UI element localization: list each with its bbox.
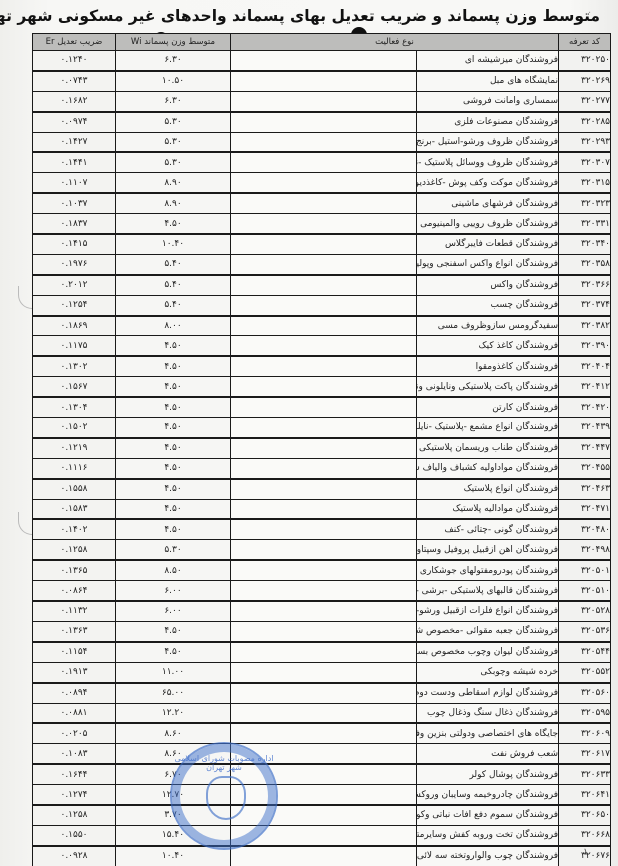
table-row: ۳۲۰۵۹۵فروشندگان ذغال سنگ وذغال چوب۱۲.۲۰۰… <box>33 703 611 723</box>
cell-activity: فروشندگان مواداولیه کشباف والیاف شیمیائی <box>417 458 559 478</box>
cell-er: ۰.۰۸۶۴ <box>33 581 116 601</box>
cell-er: ۰.۱۵۰۲ <box>33 418 116 438</box>
cell-er: ۰.۰۷۴۳ <box>33 71 116 91</box>
cell-er: ۰.۲۰۱۲ <box>33 275 116 295</box>
table-row: ۳۲۰۴۵۵فروشندگان مواداولیه کشباف والیاف ش… <box>33 458 611 478</box>
cell-activity: فروشندگان قالبهای پلاستیکی -برشی -کششی -… <box>417 581 559 601</box>
cell-er: ۰.۱۲۴۰ <box>33 51 116 71</box>
cell-code: ۳۲۰۲۹۳ <box>559 132 611 152</box>
cell-er: ۰.۱۴۱۵ <box>33 234 116 254</box>
table-row: ۳۲۰۳۲۳فروشندگان فرشهای ماشینی۸.۹۰۰.۱۰۳۷ <box>33 193 611 213</box>
cell-blank <box>231 173 417 193</box>
table-row: ۳۲۰۳۰۷فروشندگان ظروف ووسائل پلاستیک -نای… <box>33 152 611 172</box>
table-row: ۳۲۰۵۶۰فروشندگان لوازم اسقاطی ودست دوم سا… <box>33 683 611 703</box>
table-row: ۳۲۰۵۵۲خرده شیشه وچوبکی۱۱.۰۰۰.۱۹۱۳ <box>33 662 611 682</box>
cell-er: ۰.۱۰۳۷ <box>33 193 116 213</box>
cell-code: ۳۲۰۲۸۵ <box>559 112 611 132</box>
cell-blank <box>231 499 417 519</box>
cell-er: ۰.۱۴۰۲ <box>33 519 116 539</box>
table-row: ۳۲۰۴۰۴فروشندگان کاغذومقوا۴.۵۰۰.۱۳۰۲ <box>33 356 611 376</box>
cell-blank <box>231 581 417 601</box>
cell-code: ۳۲۰۳۶۶ <box>559 275 611 295</box>
cell-er: ۰.۰۸۹۴ <box>33 683 116 703</box>
cell-wi: ۴.۵۰ <box>116 621 231 641</box>
cell-activity: فروشندگان پودرومفتولهای جوشکاری وکاربیت <box>417 560 559 580</box>
cell-wi: ۶۵.۰۰ <box>116 683 231 703</box>
cell-er: ۰.۰۲۰۵ <box>33 723 116 743</box>
cell-activity: فروشندگان انواع پلاستیک <box>417 479 559 499</box>
cell-er: ۰.۱۹۱۳ <box>33 662 116 682</box>
cell-wi: ۴.۵۰ <box>116 214 231 234</box>
cell-er: ۰.۱۲۷۴ <box>33 785 116 805</box>
cell-code: ۳۲۰۴۳۹ <box>559 418 611 438</box>
cell-code: ۳۲۰۵۴۴ <box>559 642 611 662</box>
cell-code: ۳۲۰۵۲۸ <box>559 601 611 621</box>
cell-code: ۳۲۰۳۰۷ <box>559 152 611 172</box>
cell-activity: فروشندگان انواع فلزات ازقبیل ورشو-برنج -… <box>417 601 559 621</box>
cell-er: ۰.۱۱۱۶ <box>33 458 116 478</box>
cell-blank <box>231 152 417 172</box>
cell-er: ۰.۱۳۰۲ <box>33 356 116 376</box>
cell-activity: فروشندگان موادالیه پلاستیک <box>417 499 559 519</box>
cell-wi: ۵.۳۰ <box>116 112 231 132</box>
cell-blank <box>231 132 417 152</box>
cell-activity: جایگاه های اختصاصی ودولتی بنزین وفروش مو… <box>417 723 559 743</box>
cell-activity: فروشندگان سموم دفع افات نباتی وکودشیمیائ… <box>417 805 559 825</box>
cell-wi: ۴.۵۰ <box>116 458 231 478</box>
tariff-table: کد تعرفه نوع فعالیت متوسط وزن پسماند Wi … <box>32 33 611 866</box>
cell-wi: ۸.۹۰ <box>116 193 231 213</box>
cell-wi: ۵.۴۰ <box>116 295 231 315</box>
cell-er: ۰.۱۸۳۷ <box>33 214 116 234</box>
cell-blank <box>231 438 417 458</box>
cell-activity: فروشندگان لوازم اسقاطی ودست دوم ساختمان … <box>417 683 559 703</box>
cell-activity: فروشندگان انواع مشمع -پلاستیک -نایلون -ن… <box>417 418 559 438</box>
cell-blank <box>231 234 417 254</box>
cell-wi: ۴.۵۰ <box>116 642 231 662</box>
cell-code: ۳۲۰۳۳۱ <box>559 214 611 234</box>
cell-blank <box>231 458 417 478</box>
table-row: ۳۲۰۴۳۹فروشندگان انواع مشمع -پلاستیک -نای… <box>33 418 611 438</box>
cell-activity: فروشندگان ظروف ووسائل پلاستیک -نایلون -م… <box>417 152 559 172</box>
cell-wi: ۶.۳۰ <box>116 51 231 71</box>
cell-er: ۰.۱۳۶۳ <box>33 621 116 641</box>
stamp-text: اداره مصوبات شورای اسلامی شهر تهران <box>172 754 276 772</box>
table-row: ۳۲۰۶۰۹جایگاه های اختصاصی ودولتی بنزین وف… <box>33 723 611 743</box>
table-row: ۳۲۰۵۳۶فروشندگان جعبه مقوائی -مخصوص شیرین… <box>33 621 611 641</box>
table-row: ۳۲۰۵۴۴فروشندگان لیوان وچوب مخصوص بستنی و… <box>33 642 611 662</box>
cell-activity: فروشندگان چوب والواروتخته سه لائی وفیبرو… <box>417 846 559 866</box>
table-row: ۳۲۰۳۵۸فروشندگان انواع واکس اسفنجی وپولیش… <box>33 254 611 274</box>
cell-wi: ۶.۳۰ <box>116 91 231 111</box>
cell-blank <box>231 71 417 91</box>
table-row: ۳۲۰۳۶۶فروشندگان واکس۵.۴۰۰.۲۰۱۲ <box>33 275 611 295</box>
cell-activity: فروشندگان ظروف روییی والمینیومی <box>417 214 559 234</box>
cell-activity: شعب فروش نفت <box>417 744 559 764</box>
cell-blank <box>231 560 417 580</box>
cell-activity: فروشندگان واکس <box>417 275 559 295</box>
cell-activity: فروشندگان چادروخیمه وسایبان وروکش کولروغ… <box>417 785 559 805</box>
cell-wi: ۸.۹۰ <box>116 173 231 193</box>
cell-code: ۳۲۰۳۵۸ <box>559 254 611 274</box>
cell-wi: ۴.۵۰ <box>116 519 231 539</box>
cell-blank <box>231 214 417 234</box>
cell-activity: خرده شیشه وچوبکی <box>417 662 559 682</box>
cell-code: ۳۲۰۶۰۹ <box>559 723 611 743</box>
table-row: ۳۲۰۴۶۳فروشندگان انواع پلاستیک۴.۵۰۰.۱۵۵۸ <box>33 479 611 499</box>
cell-er: ۰.۱۱۵۴ <box>33 642 116 662</box>
header-code: کد تعرفه <box>559 34 611 51</box>
cell-blank <box>231 703 417 723</box>
cell-wi: ۱۲.۲۰ <box>116 703 231 723</box>
cell-er: ۰.۰۸۸۱ <box>33 703 116 723</box>
cell-wi: ۵.۴۰ <box>116 275 231 295</box>
cell-code: ۳۲۰۳۸۲ <box>559 316 611 336</box>
cell-activity: فروشندگان پوشال کولر <box>417 764 559 784</box>
cell-wi: ۴.۵۰ <box>116 479 231 499</box>
cell-code: ۳۲۰۶۶۸ <box>559 825 611 845</box>
cell-blank <box>231 601 417 621</box>
cell-code: ۳۲۰۲۵۰ <box>559 51 611 71</box>
cell-er: ۰.۱۱۷۵ <box>33 336 116 356</box>
cell-blank <box>231 112 417 132</box>
cell-blank <box>231 295 417 315</box>
cell-wi: ۶.۰۰ <box>116 601 231 621</box>
cell-activity: فروشندگان لیوان وچوب مخصوص بستنی والاسکا… <box>417 642 559 662</box>
cell-er: ۰.۱۲۵۸ <box>33 540 116 560</box>
cell-er: ۰.۱۴۴۱ <box>33 152 116 172</box>
cell-blank <box>231 519 417 539</box>
cell-code: ۳۲۰۴۸۰ <box>559 519 611 539</box>
cell-er: ۰.۱۴۲۷ <box>33 132 116 152</box>
table-header-row: کد تعرفه نوع فعالیت متوسط وزن پسماند Wi … <box>33 34 611 51</box>
cell-wi: ۴.۵۰ <box>116 438 231 458</box>
cell-code: ۳۲۰۴۲۰ <box>559 397 611 417</box>
table-row: ۳۲۰۴۹۸فروشندگان اهن ازقبیل پروفیل وسپتاو… <box>33 540 611 560</box>
table-row: ۳۲۰۲۵۰فروشندگان میزشیشه ای۶.۳۰۰.۱۲۴۰ <box>33 51 611 71</box>
cell-code: ۳۲۰۳۲۳ <box>559 193 611 213</box>
cell-er: ۰.۱۵۵۸ <box>33 479 116 499</box>
cell-er: ۰.۰۹۷۴ <box>33 112 116 132</box>
cell-wi: ۴.۵۰ <box>116 397 231 417</box>
table-row: ۳۲۰۲۹۳فروشندگان ظروف ورشو-استیل -برنج۵.۳… <box>33 132 611 152</box>
table-row: ۳۲۰۳۷۴فروشندگان چسب۵.۴۰۰.۱۲۵۴ <box>33 295 611 315</box>
cell-blank <box>231 91 417 111</box>
cell-wi: ۵.۴۰ <box>116 254 231 274</box>
cell-wi: ۴.۵۰ <box>116 418 231 438</box>
table-row: ۳۲۰۵۲۸فروشندگان انواع فلزات ازقبیل ورشو-… <box>33 601 611 621</box>
cell-blank <box>231 662 417 682</box>
cell-blank <box>231 51 417 71</box>
cell-wi: ۴.۵۰ <box>116 336 231 356</box>
cell-activity: فروشندگان تخت وروبه کفش وسایرمتعلقات <box>417 825 559 845</box>
cell-code: ۳۲۰۵۹۵ <box>559 703 611 723</box>
cell-blank <box>231 418 417 438</box>
cell-wi: ۶.۰۰ <box>116 581 231 601</box>
table-row: ۳۲۰۲۷۷سمساری وامانت فروشی۶.۳۰۰.۱۶۸۲ <box>33 91 611 111</box>
cell-code: ۳۲۰۶۱۷ <box>559 744 611 764</box>
cell-er: ۰.۱۳۰۴ <box>33 397 116 417</box>
scanned-page: · متوسط وزن پسماند و ضریب تعدیل بهای پسم… <box>0 0 618 866</box>
document-title: متوسط وزن پسماند و ضریب تعدیل بهای پسمان… <box>60 4 600 28</box>
table-row: ۳۲۰۵۱۰فروشندگان قالبهای پلاستیکی -برشی -… <box>33 581 611 601</box>
cell-code: ۳۲۰۵۵۲ <box>559 662 611 682</box>
cell-code: ۳۲۰۲۷۷ <box>559 91 611 111</box>
table-row: ۳۲۰۴۱۲فروشندگان پاکت پلاستیکی ونایلونی و… <box>33 377 611 397</box>
cell-er: ۰.۱۵۶۷ <box>33 377 116 397</box>
cell-blank <box>231 846 417 866</box>
table-row: ۳۲۰۶۷۶فروشندگان چوب والواروتخته سه لائی … <box>33 846 611 866</box>
cell-activity: سفیدگرومس سازوظروف مسی <box>417 316 559 336</box>
table-row: ۳۲۰۳۳۱فروشندگان ظروف روییی والمینیومی۴.۵… <box>33 214 611 234</box>
cell-code: ۳۲۰۳۷۴ <box>559 295 611 315</box>
table-row: ۳۲۰۲۶۹نمایشگاه های مبل۱۰.۵۰۰.۰۷۴۳ <box>33 71 611 91</box>
cell-wi: ۱۰.۴۰ <box>116 234 231 254</box>
cell-wi: ۱۰.۵۰ <box>116 71 231 91</box>
cell-activity: فروشندگان جعبه مقوائی -مخصوص شیرینی وکفا… <box>417 621 559 641</box>
page-mark: ۱ <box>583 847 588 858</box>
table-row: ۳۲۰۳۸۲سفیدگرومس سازوظروف مسی۸.۰۰۰.۱۸۶۹ <box>33 316 611 336</box>
cell-blank <box>231 642 417 662</box>
binder-ring-mark <box>18 512 33 535</box>
cell-blank <box>231 621 417 641</box>
cell-er: ۰.۱۶۸۲ <box>33 91 116 111</box>
cell-activity: فروشندگان پاکت پلاستیکی ونایلونی ونایلکس… <box>417 377 559 397</box>
table-row: ۳۲۰۶۱۷شعب فروش نفت۸.۶۰۰.۱۰۸۳ <box>33 744 611 764</box>
cell-blank <box>231 377 417 397</box>
cell-code: ۳۲۰۳۱۵ <box>559 173 611 193</box>
cell-code: ۳۲۰۴۶۳ <box>559 479 611 499</box>
cell-wi: ۴.۵۰ <box>116 499 231 519</box>
cell-er: ۰.۱۲۵۸ <box>33 805 116 825</box>
cell-er: ۰.۱۵۸۳ <box>33 499 116 519</box>
cell-er: ۰.۱۱۳۲ <box>33 601 116 621</box>
cell-er: ۰.۱۵۵۰ <box>33 825 116 845</box>
header-activity: نوع فعالیت <box>231 34 559 51</box>
binder-ring-mark <box>18 286 33 309</box>
cell-code: ۳۲۰۳۴۰ <box>559 234 611 254</box>
cell-code: ۳۲۰۲۶۹ <box>559 71 611 91</box>
cell-activity: فروشندگان ذغال سنگ وذغال چوب <box>417 703 559 723</box>
cell-code: ۳۲۰۳۹۰ <box>559 336 611 356</box>
official-stamp: اداره مصوبات شورای اسلامی شهر تهران <box>170 742 278 850</box>
cell-code: ۳۲۰۶۳۳ <box>559 764 611 784</box>
cell-code: ۳۲۰۴۵۵ <box>559 458 611 478</box>
table-row: ۳۲۰۶۴۱فروشندگان چادروخیمه وسایبان وروکش … <box>33 785 611 805</box>
cell-activity: فروشندگان ظروف ورشو-استیل -برنج <box>417 132 559 152</box>
cell-wi: ۴.۵۰ <box>116 356 231 376</box>
cell-er: ۰.۱۸۶۹ <box>33 316 116 336</box>
cell-activity: فروشندگان فرشهای ماشینی <box>417 193 559 213</box>
table-row: ۳۲۰۴۷۱فروشندگان موادالیه پلاستیک۴.۵۰۰.۱۵… <box>33 499 611 519</box>
cell-wi: ۵.۳۰ <box>116 540 231 560</box>
cell-er: ۰.۱۲۱۹ <box>33 438 116 458</box>
cell-code: ۳۲۰۶۵۰ <box>559 805 611 825</box>
table-row: ۳۲۰۴۲۰فروشندگان کارتن۴.۵۰۰.۱۳۰۴ <box>33 397 611 417</box>
cell-activity: فروشندگان کارتن <box>417 397 559 417</box>
table-row: ۳۲۰۲۸۵فروشندگان مصنوعات فلزی۵.۳۰۰.۰۹۷۴ <box>33 112 611 132</box>
header-er: ضریب تعدیل Er <box>33 34 116 51</box>
cell-blank <box>231 356 417 376</box>
cell-blank <box>231 336 417 356</box>
cell-er: ۰.۱۱۰۷ <box>33 173 116 193</box>
cell-wi: ۱۱.۰۰ <box>116 662 231 682</box>
cell-activity: فروشندگان قطعات فایبرگلاس <box>417 234 559 254</box>
table-body: ۳۲۰۲۵۰فروشندگان میزشیشه ای۶.۳۰۰.۱۲۴۰۳۲۰۲… <box>33 51 611 866</box>
cell-code: ۳۲۰۵۶۰ <box>559 683 611 703</box>
cell-activity: سمساری وامانت فروشی <box>417 91 559 111</box>
cell-activity: فروشندگان طناب وریسمان پلاستیکی ونایلونی… <box>417 438 559 458</box>
header-wi: متوسط وزن پسماند Wi <box>116 34 231 51</box>
cell-code: ۳۲۰۴۰۴ <box>559 356 611 376</box>
cell-blank <box>231 275 417 295</box>
cell-blank <box>231 397 417 417</box>
cell-wi: ۸.۰۰ <box>116 316 231 336</box>
cell-wi: ۵.۳۰ <box>116 152 231 172</box>
cell-blank <box>231 316 417 336</box>
cell-activity: فروشندگان اهن ازقبیل پروفیل وسپتاوناودان… <box>417 540 559 560</box>
table-row: ۳۲۰۶۳۳فروشندگان پوشال کولر۶.۷۰۰.۱۶۴۴ <box>33 764 611 784</box>
emblem-icon <box>206 776 246 820</box>
cell-activity: نمایشگاه های مبل <box>417 71 559 91</box>
cell-activity: فروشندگان چسب <box>417 295 559 315</box>
table-row: ۳۲۰۵۰۱فروشندگان پودرومفتولهای جوشکاری وک… <box>33 560 611 580</box>
cell-er: ۰.۱۳۶۵ <box>33 560 116 580</box>
cell-blank <box>231 479 417 499</box>
cell-code: ۳۲۰۵۰۱ <box>559 560 611 580</box>
cell-code: ۳۲۰۵۱۰ <box>559 581 611 601</box>
table-row: ۳۲۰۳۴۰فروشندگان قطعات فایبرگلاس۱۰.۴۰۰.۱۴… <box>33 234 611 254</box>
cell-wi: ۵.۳۰ <box>116 132 231 152</box>
table-row: ۳۲۰۴۸۰فروشندگان گونی -چتائی -کنف۴.۵۰۰.۱۴… <box>33 519 611 539</box>
cell-wi: ۸.۶۰ <box>116 723 231 743</box>
cell-activity: فروشندگان گونی -چتائی -کنف <box>417 519 559 539</box>
cell-code: ۳۲۰۴۷۱ <box>559 499 611 519</box>
cell-blank <box>231 723 417 743</box>
table-row: ۳۲۰۶۵۰فروشندگان سموم دفع افات نباتی وکود… <box>33 805 611 825</box>
cell-blank <box>231 683 417 703</box>
cell-code: ۳۲۰۶۴۱ <box>559 785 611 805</box>
cell-er: ۰.۱۹۷۶ <box>33 254 116 274</box>
cell-activity: فروشندگان کاغذ کیک <box>417 336 559 356</box>
cell-activity: فروشندگان میزشیشه ای <box>417 51 559 71</box>
cell-er: ۰.۱۲۵۴ <box>33 295 116 315</box>
cell-activity: فروشندگان موکت وکف پوش -کاغذدیواری وپرده… <box>417 173 559 193</box>
table-row: ۳۲۰۳۱۵فروشندگان موکت وکف پوش -کاغذدیواری… <box>33 173 611 193</box>
cell-code: ۳۲۰۴۴۷ <box>559 438 611 458</box>
table-row: ۳۲۰۴۴۷فروشندگان طناب وریسمان پلاستیکی ون… <box>33 438 611 458</box>
cell-wi: ۸.۵۰ <box>116 560 231 580</box>
cell-er: ۰.۱۶۴۴ <box>33 764 116 784</box>
cell-blank <box>231 254 417 274</box>
cell-code: ۳۲۰۴۱۲ <box>559 377 611 397</box>
cell-code: ۳۲۰۵۳۶ <box>559 621 611 641</box>
cell-activity: فروشندگان کاغذومقوا <box>417 356 559 376</box>
cell-blank <box>231 540 417 560</box>
cell-activity: فروشندگان مصنوعات فلزی <box>417 112 559 132</box>
cell-er: ۰.۱۰۸۳ <box>33 744 116 764</box>
table-row: ۳۲۰۳۹۰فروشندگان کاغذ کیک۴.۵۰۰.۱۱۷۵ <box>33 336 611 356</box>
cell-activity: فروشندگان انواع واکس اسفنجی وپولیش <box>417 254 559 274</box>
table-row: ۳۲۰۶۶۸فروشندگان تخت وروبه کفش وسایرمتعلق… <box>33 825 611 845</box>
cell-blank <box>231 193 417 213</box>
cell-code: ۳۲۰۴۹۸ <box>559 540 611 560</box>
cell-wi: ۴.۵۰ <box>116 377 231 397</box>
cell-er: ۰.۰۹۲۸ <box>33 846 116 866</box>
